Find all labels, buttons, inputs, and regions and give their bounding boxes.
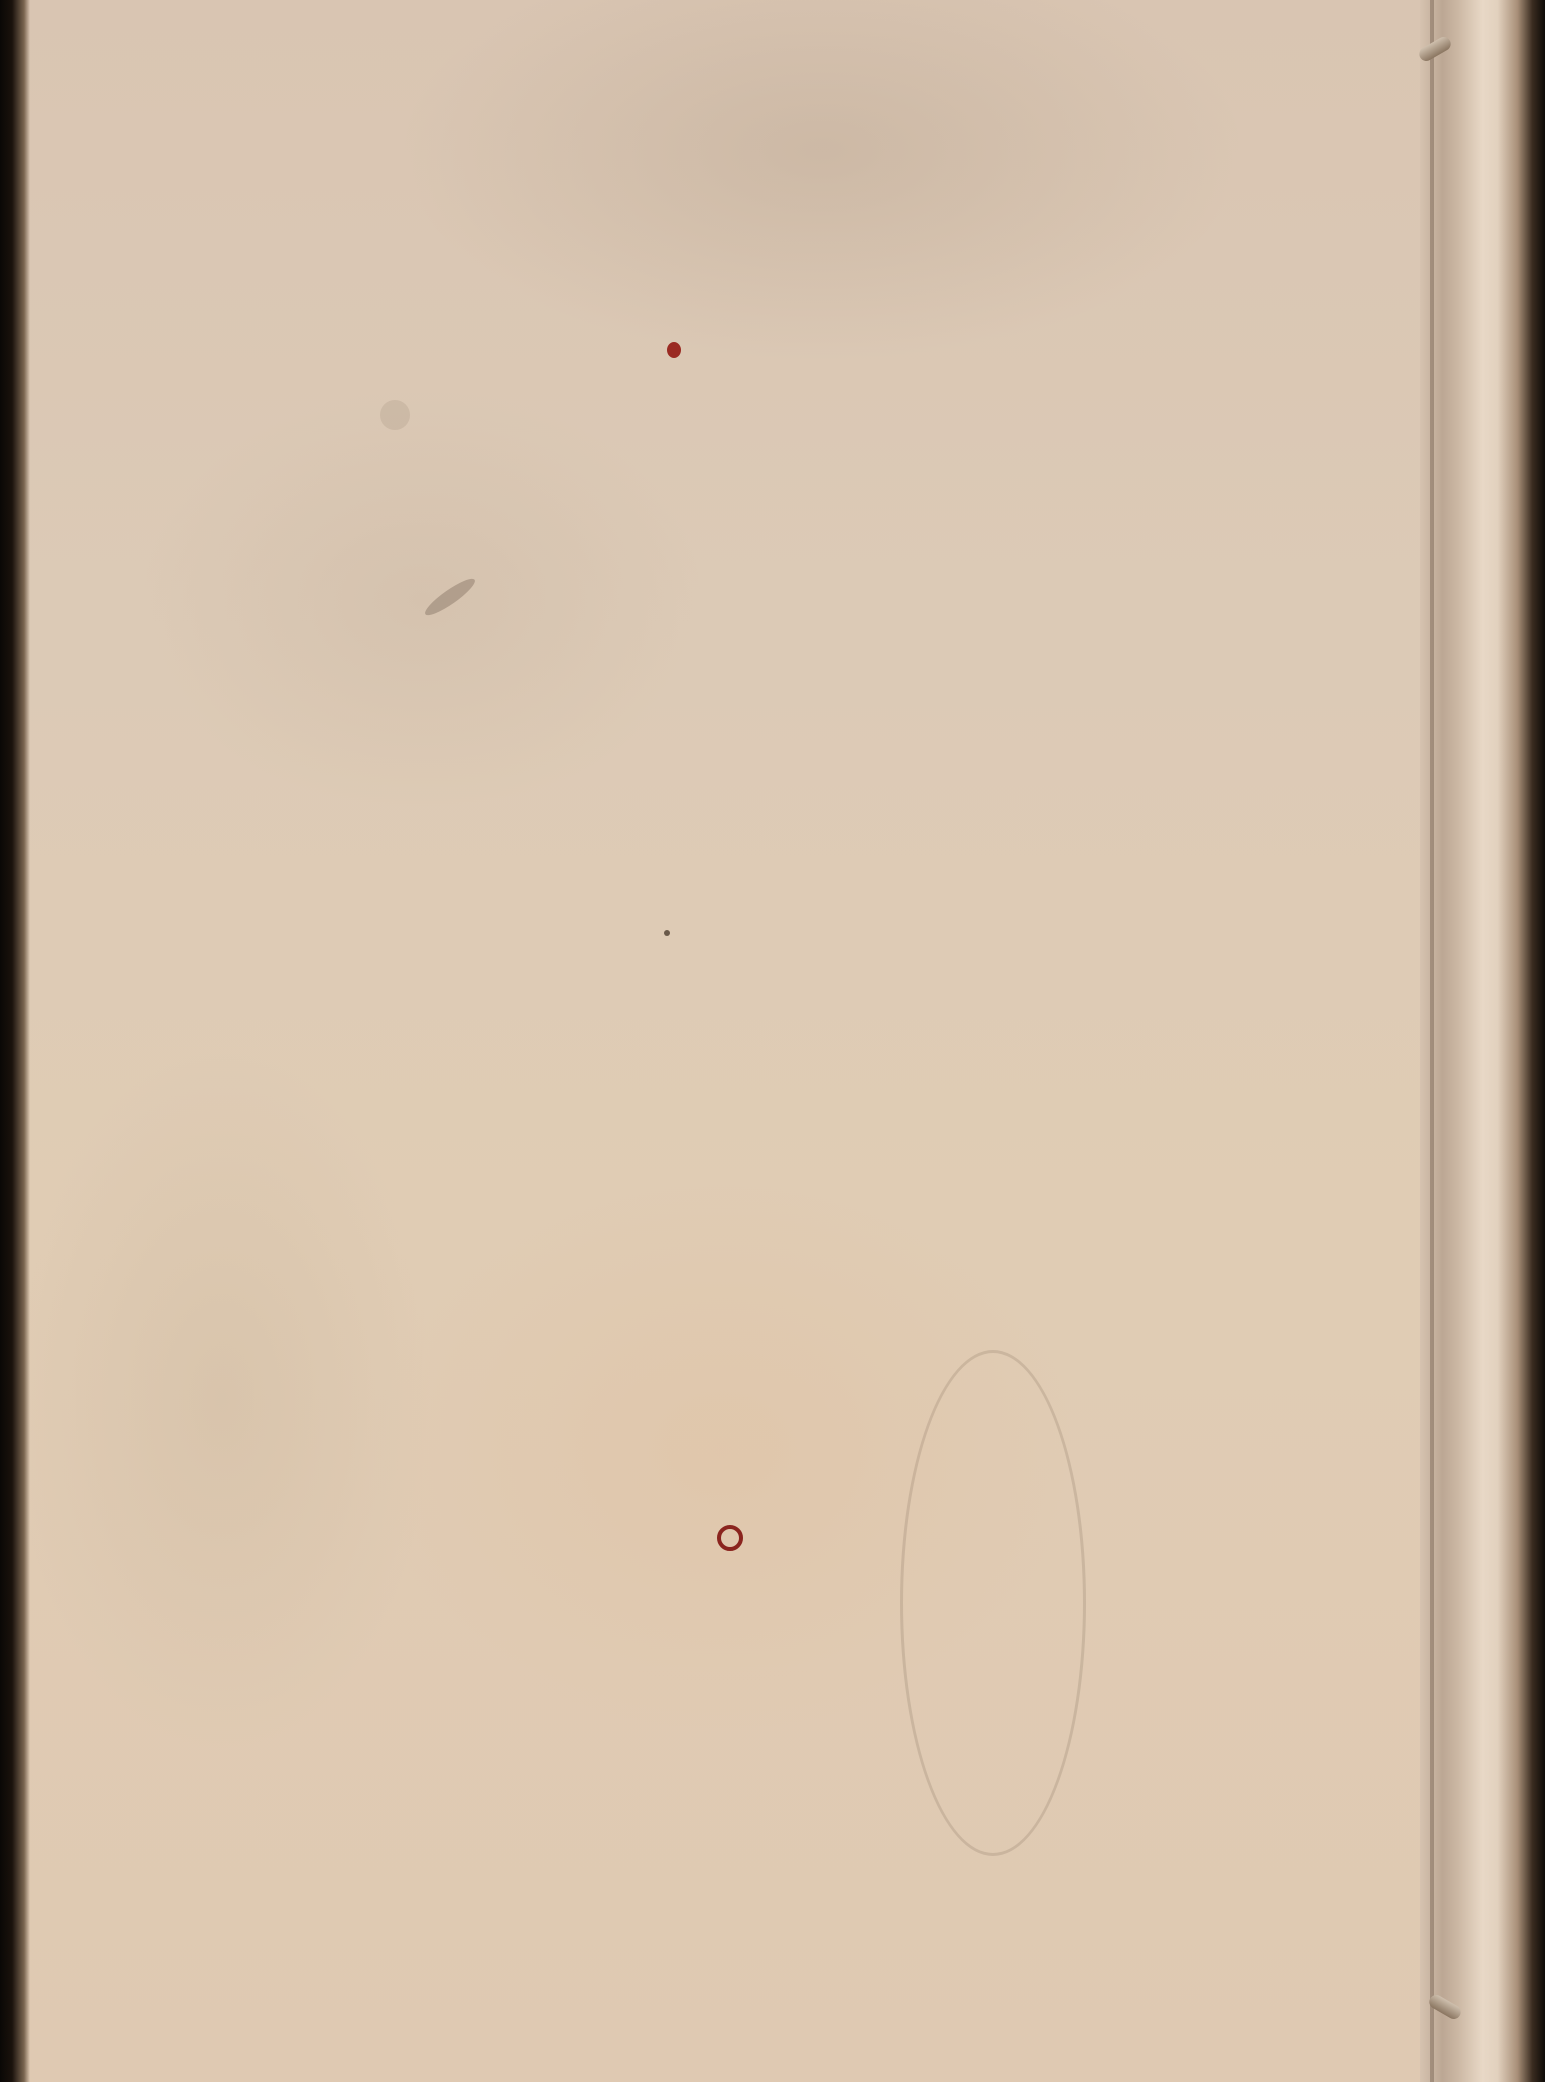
- vellum-cover: [22, 0, 1462, 2082]
- book-spine: [1420, 0, 1545, 2082]
- dark-speck: [664, 930, 670, 936]
- red-ring: [717, 1525, 743, 1551]
- red-spot: [667, 342, 681, 358]
- cover-left-edge: [0, 0, 30, 2082]
- stain: [900, 1350, 1086, 1856]
- spine-hinge-groove: [1430, 0, 1434, 2082]
- stain: [380, 400, 410, 430]
